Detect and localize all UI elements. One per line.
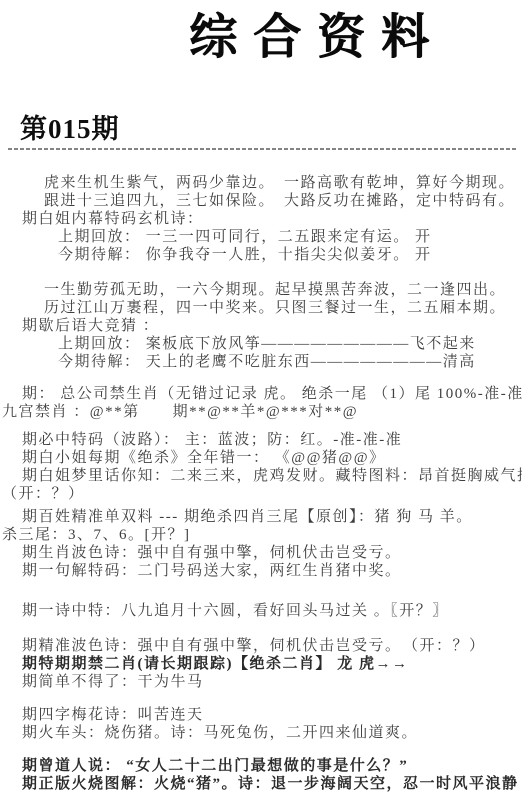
text-line: 期曾道人说： “女人二十二出门最想做的事是什么？” xyxy=(0,757,522,775)
text-line: 期一诗中特：八九追月十六圆，看好回头马过关 。〖开？〗 xyxy=(0,602,522,620)
text-line: 杀三尾：3、7、6。[开？] xyxy=(0,526,522,544)
text-line: 期白小姐每期《绝杀》全年错一： 《@@猪@@》 xyxy=(0,449,522,467)
text-line: 期百姓精准单双料 --- 期绝杀四肖三尾【原创】：猪 狗 马 羊。 xyxy=(0,508,522,526)
text-line: 期白姐梦里话你知：二来三来，虎鸡发财。藏特图料：昂首挺胸威气扬 xyxy=(0,467,522,485)
text-line: （开：？） xyxy=(0,485,522,503)
text-line: 期正版火烧图解：火烧“猪”。诗：退一步海阔天空，忍一时风平浪静 xyxy=(0,775,522,793)
text-line: 虎来生机生紫气，两码少靠边。 一路高歌有乾坤，算好今期现。 xyxy=(0,174,522,192)
issue-number: 第015期 xyxy=(20,114,522,144)
text-line: 期简单不得了：干为牛马 xyxy=(0,673,522,691)
text-line: 上期回放： 案板底下放风筝—————————飞不起来 xyxy=(0,335,522,353)
text-line: 期精准波色诗：强中自有强中擎，伺机伏击岂受亏。 （开：？） xyxy=(0,637,522,655)
text-line: 今期待解： 天上的老鹰不吃脏东西————————清高 xyxy=(0,353,522,371)
text-line: 期： 总公司禁生肖（无错过记录 虎。 绝杀一尾 （1）尾 100%-准-准-准 xyxy=(0,385,522,403)
text-line: 上期回放： 一三一四可同行，二五跟来定有运。 开 xyxy=(0,228,522,246)
text-line: 期一句解特码：二门号码送大家，两红生肖猪中奖。 xyxy=(0,562,522,580)
text-line: 期火车头：烧伤猪。诗：马死兔伤，二开四来仙道爽。 xyxy=(0,724,522,742)
text-line: 今期待解： 你争我夺一人胜，十指尖尖似姜牙。 开 xyxy=(0,246,522,264)
document-page: 综合资料 第015期 虎来生机生紫气，两码少靠边。 一路高歌有乾坤，算好今期现。… xyxy=(0,6,522,800)
dashed-divider xyxy=(8,148,516,150)
text-line: 期歇后语大竞猜 ： xyxy=(0,317,522,335)
text-line: 历过江山万裹程，四一中奖来。只图三餐过一生，二五厢本期。 xyxy=(0,299,522,317)
text-line: 期特期期禁二肖(请长期跟踪)【绝杀二肖】 龙 虎→→ xyxy=(0,655,522,673)
text-line: 期必中特码（波路）： 主：蓝波；防：红。-准-准-准 xyxy=(0,431,522,449)
text-line: 期生肖波色诗：强中自有强中擎，伺机伏击岂受亏。 xyxy=(0,544,522,562)
text-line: 期白姐内幕特码玄机诗： xyxy=(0,210,522,228)
document-body: 虎来生机生紫气，两码少靠边。 一路高歌有乾坤，算好今期现。 跟进十三追四九，三七… xyxy=(0,174,522,793)
page-title: 综合资料 xyxy=(0,6,522,70)
text-line: 期四字梅花诗：叫苦连天 xyxy=(0,706,522,724)
text-line: 九宫禁肖 ：@**第 期**@**羊*@***对**@ xyxy=(0,403,522,421)
text-line: 跟进十三追四九，三七如保险。 大路反功在摊路，定中特码有。 xyxy=(0,192,522,210)
text-line: 一生勤劳孤无助，一六今期现。起早摸黑苦奔波，二一逢四出。 xyxy=(0,281,522,299)
